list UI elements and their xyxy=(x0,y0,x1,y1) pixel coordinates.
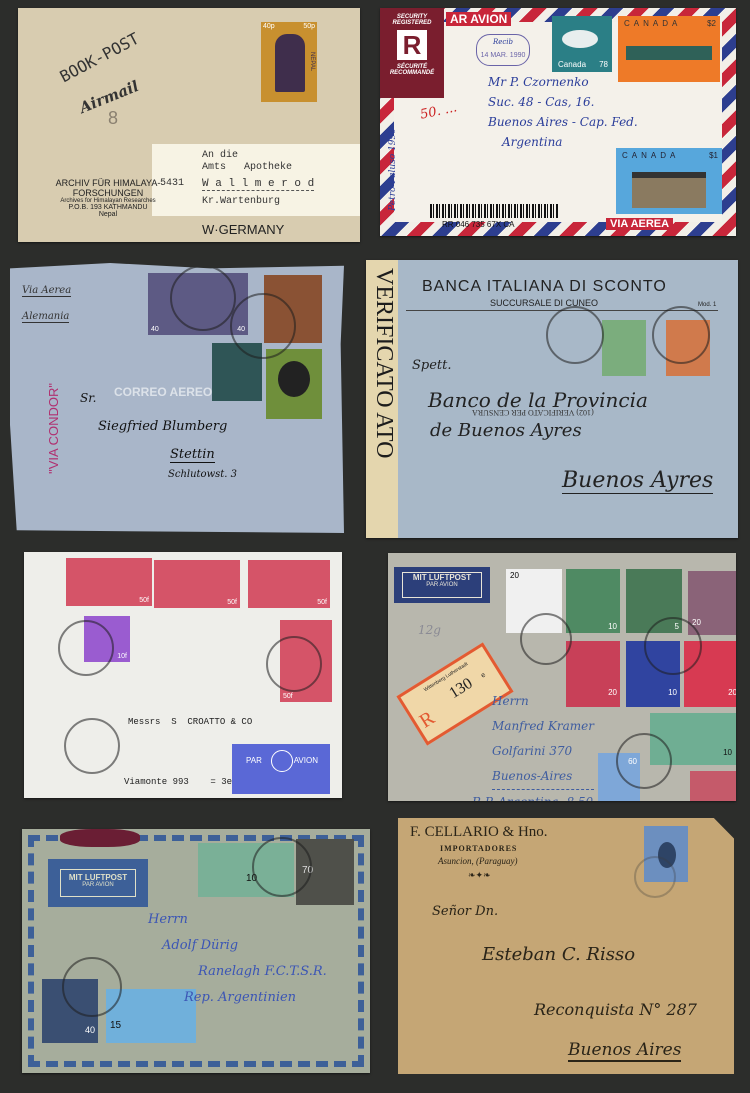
postmark xyxy=(634,856,676,898)
cover-canada-registered: SECURITY REGISTERED R SÉCURITÉ RECOMMAND… xyxy=(380,8,736,236)
letterhead-title: IMPORTADORES xyxy=(440,844,517,853)
letterhead-name: F. CELLARIO & Hno. xyxy=(410,824,548,841)
letterhead-location: Asuncion, (Paraguay) xyxy=(438,856,517,866)
registered-label: SECURITY REGISTERED R SÉCURITÉ RECOMMAND… xyxy=(380,8,444,98)
green-stamp xyxy=(602,320,646,376)
wittenberg-postmark xyxy=(616,733,672,789)
par-avion-label: PAR AVION xyxy=(232,744,330,794)
grimma-postmark xyxy=(252,837,312,897)
paris-postmark xyxy=(64,718,120,774)
paris-postmark xyxy=(266,636,322,692)
wittenberg-postmark xyxy=(644,617,702,675)
address-label: An die Amts Apotheke 5431 W a l l m e r … xyxy=(152,144,360,216)
airmail-stamp-red: 50f xyxy=(248,560,330,608)
cover-cellario-paraguay: F. CELLARIO & Hno. IMPORTADORES Asuncion… xyxy=(398,818,734,1074)
santiago-postmark xyxy=(170,265,236,331)
par-avion-banner: AR AVION xyxy=(446,12,511,26)
pencil-mark: 8 xyxy=(108,108,118,129)
cover-ddr-registered: MIT LUFTPOST PAR AVION 12g R Wittenberg … xyxy=(388,553,736,801)
cover-nepal-book-post: BOOK-POST Airmail 8 40p 50p NEPAL An die… xyxy=(18,8,360,242)
via-aerea-banner: VIA AEREA xyxy=(606,218,673,230)
paris-postmark xyxy=(58,620,114,676)
correo-aereo-watermark: CORREO AEREO xyxy=(114,385,212,399)
portrait-stamp-green xyxy=(266,349,322,419)
sender-block: ARCHIV FÜR HIMALAYA- FORSCHUNGEN Archive… xyxy=(38,178,178,218)
wax-seal xyxy=(60,829,140,847)
winged-globe-icon xyxy=(271,750,293,772)
cover-france-par-avion: 50f 50f 50f 10f 50f Messrs S CROATTO & C… xyxy=(24,552,342,798)
stamp-portrait-20: 20 xyxy=(688,571,736,635)
letterhead: BANCA ITALIANA DI SCONTO xyxy=(422,278,667,296)
address: Mr P. Czornenko Suc. 48 - Cas, 16. Bueno… xyxy=(488,72,638,152)
side-note: Petro-Paluso 1990 xyxy=(388,128,398,211)
destination-country: W·GERMANY xyxy=(202,222,284,237)
handwritten-address: Herrn Manfred Kramer Golfarini 370 Bueno… xyxy=(492,689,594,801)
grimma-postmark xyxy=(62,957,122,1017)
book-post-mark: BOOK-POST xyxy=(57,29,142,86)
cuneo-postmark xyxy=(652,306,710,364)
cover-ddr-grimma-airmail: MIT LUFTPOST PAR AVION 10 70 40 15 Herrn… xyxy=(22,829,370,1073)
handwritten-address: Herrn Adolf Dürig Ranelagh F.C.T.S.R. Re… xyxy=(148,907,327,1011)
building-stamp: CANADA $1 xyxy=(616,148,722,214)
airmail-stamp-red: 50f xyxy=(66,558,152,606)
barcode-number: RR 046 735 67X CA xyxy=(442,220,515,229)
cuneo-postmark xyxy=(546,306,604,364)
ornament-icon: ❧✦❧ xyxy=(468,870,491,881)
mit-luftpost-label: MIT LUFTPOST PAR AVION xyxy=(394,567,490,603)
cover-banca-italiana: VERIFICATO ATO BANCA ITALIANA DI SCONTO … xyxy=(366,260,738,538)
whale-stamp: Canada 78 xyxy=(552,16,612,72)
airmail-stamp-red: 50f xyxy=(154,560,240,608)
figure-portrait xyxy=(275,34,305,92)
wittenberg-postmark xyxy=(520,613,572,665)
received-stamp: Recib 14 MAR. 1990 xyxy=(476,34,530,66)
stamp-red-small xyxy=(690,771,736,801)
censor-strip: VERIFICATO ATO xyxy=(366,260,398,538)
via-condor-mark: "VIA CONDOR" xyxy=(46,383,61,474)
barcode xyxy=(430,204,558,218)
santiago-postmark xyxy=(230,293,296,359)
mit-luftpost-label: MIT LUFTPOST PAR AVION xyxy=(48,859,148,907)
stamp-building-10: 10 xyxy=(566,569,620,633)
cover-chile-via-condor: Via Aerea Alemania "VIA CONDOR" CORREO A… xyxy=(10,263,344,533)
nepal-stamp: 40p 50p NEPAL xyxy=(261,22,317,102)
